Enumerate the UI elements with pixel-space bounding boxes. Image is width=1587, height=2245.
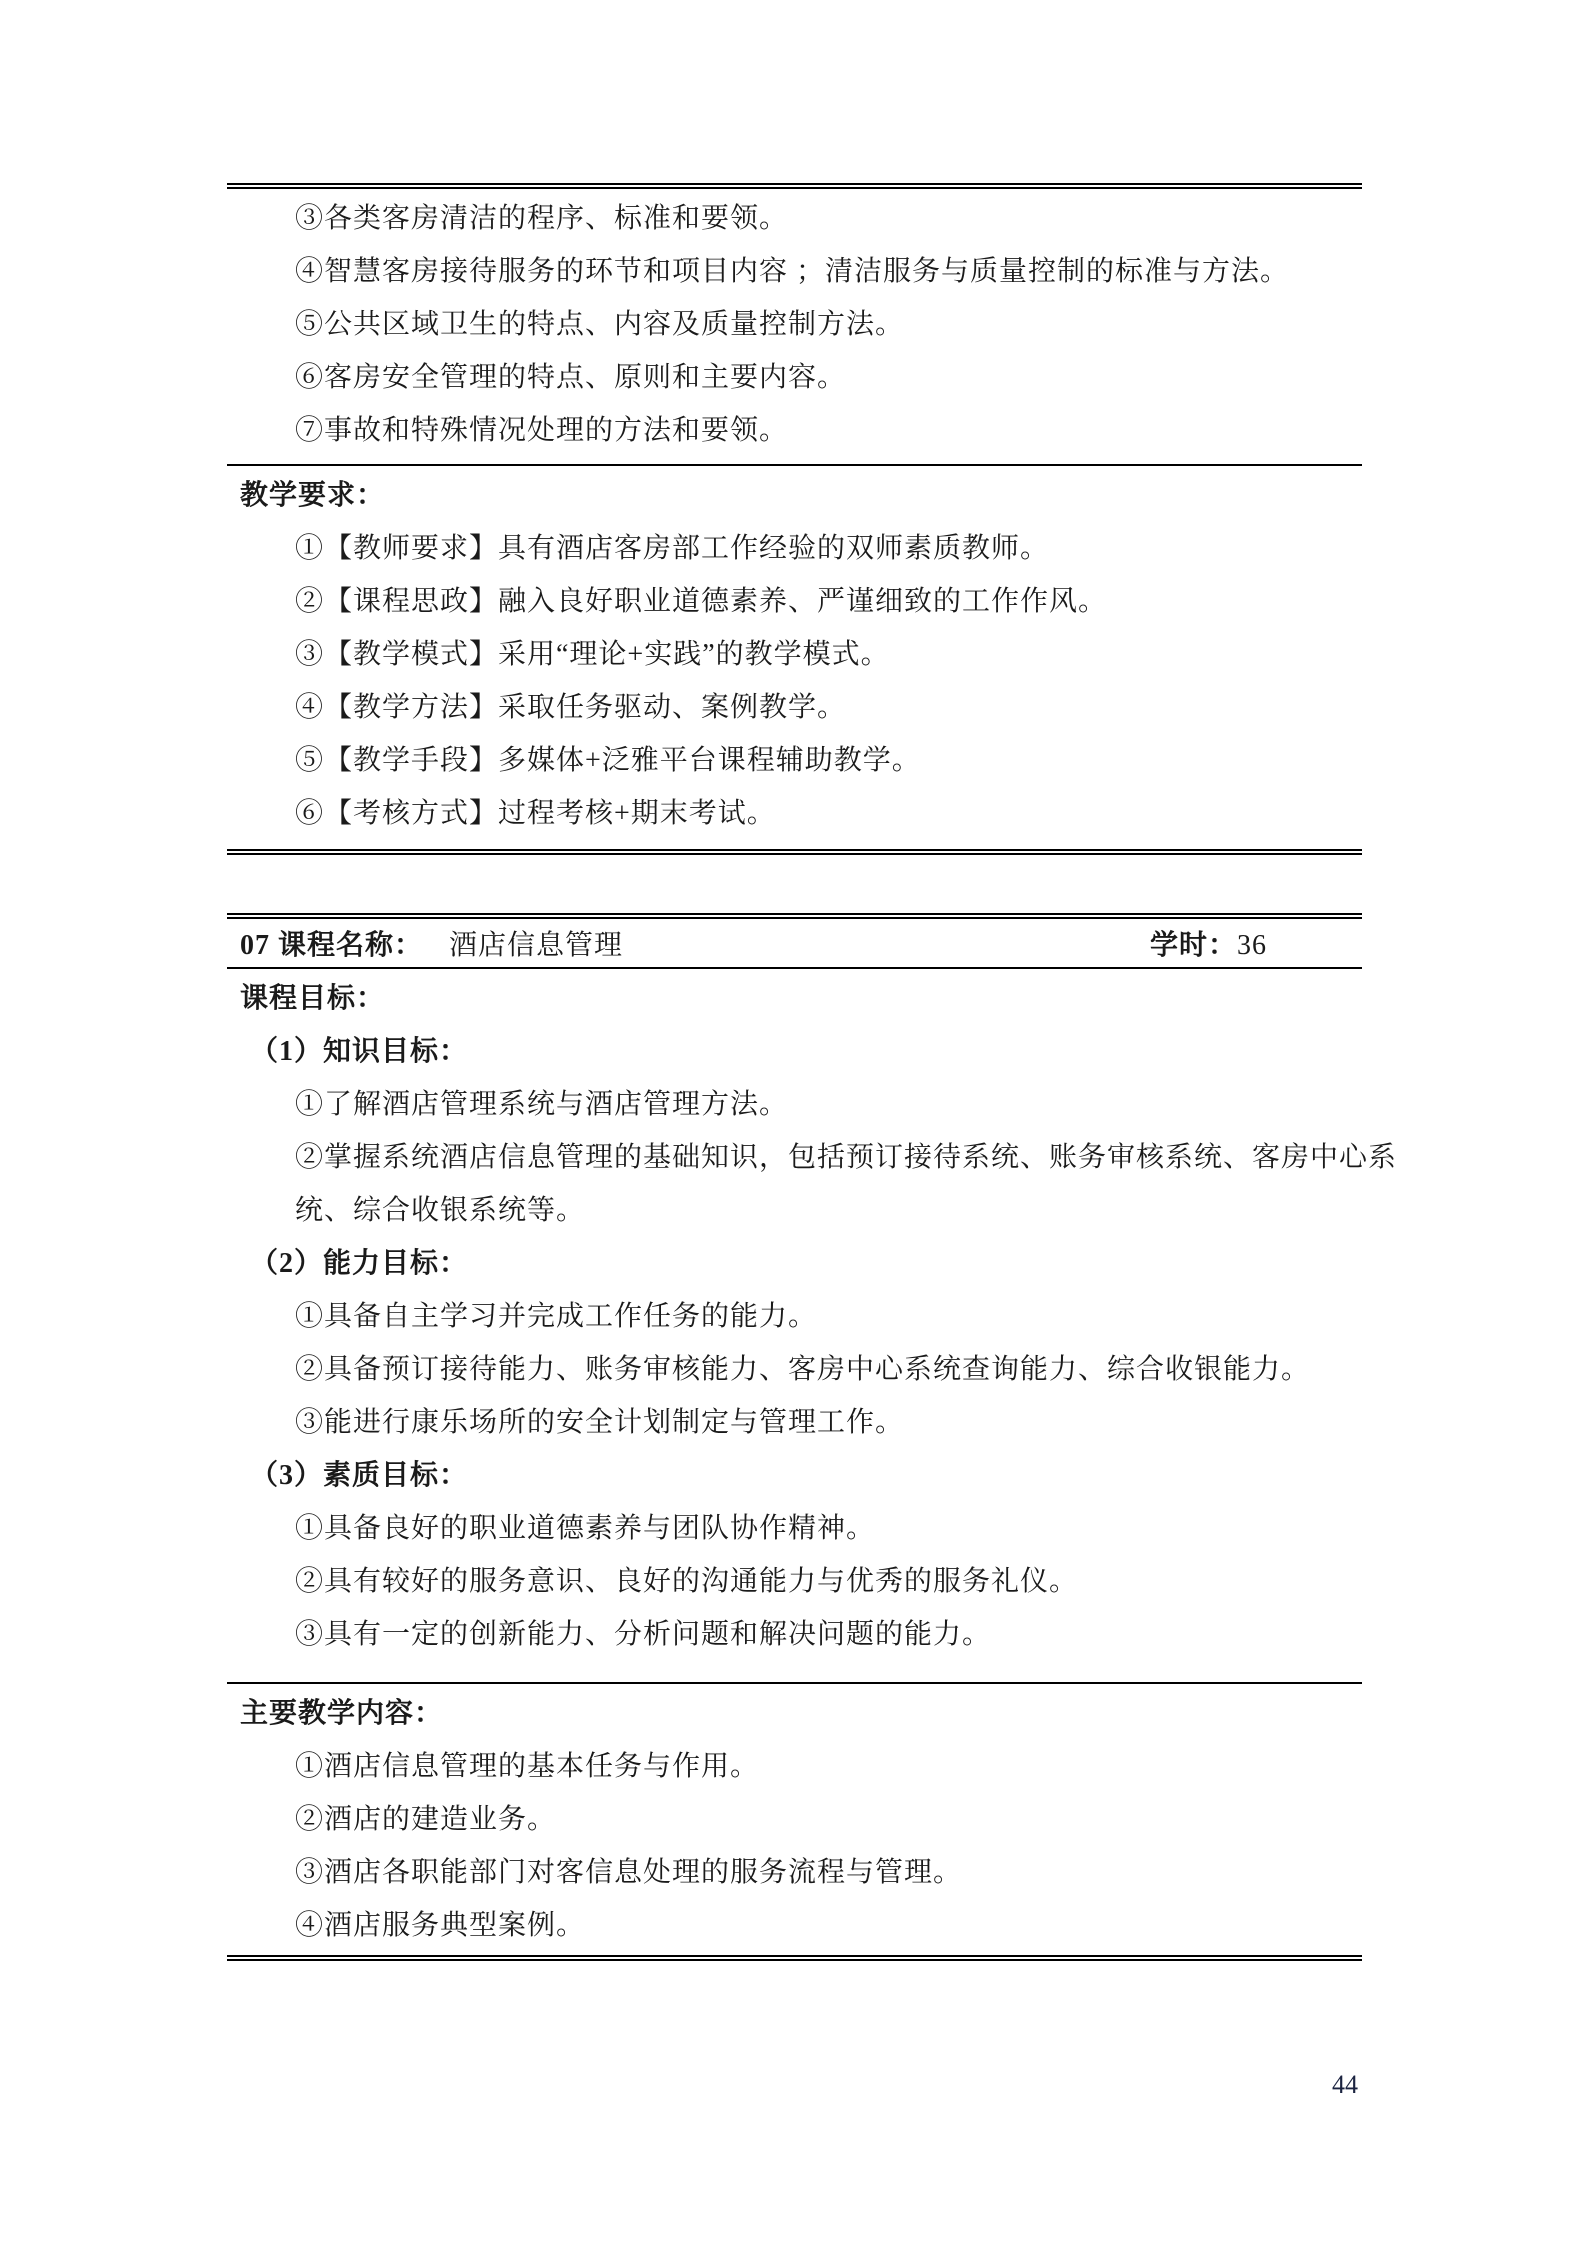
- page-number: 44: [1332, 2070, 1358, 2100]
- knowledge-objectives-heading: （1）知识目标：: [227, 1022, 1362, 1075]
- list-item: ①具备自主学习并完成工作任务的能力。: [227, 1287, 1362, 1340]
- list-item: ⑥【考核方式】过程考核+期末考试。: [227, 784, 1362, 837]
- list-item: ③具有一定的创新能力、分析问题和解决问题的能力。: [227, 1605, 1362, 1658]
- list-item: ④酒店服务典型案例。: [227, 1896, 1362, 1949]
- course-name: 酒店信息管理: [449, 923, 623, 963]
- list-item: ⑤公共区域卫生的特点、内容及质量控制方法。: [227, 295, 1362, 348]
- top-spacer: [227, 0, 1362, 183]
- list-item: ③能进行康乐场所的安全计划制定与管理工作。: [227, 1393, 1362, 1446]
- list-item-continuation: 统、综合收银系统等。: [227, 1181, 1362, 1234]
- list-item: ②掌握系统酒店信息管理的基础知识，包括预订接待系统、账务审核系统、客房中心系: [227, 1128, 1362, 1181]
- document-page: ③各类客房清洁的程序、标准和要领。 ④智慧客房接待服务的环节和项目内容 ；清洁服…: [0, 0, 1587, 2245]
- course-block-bottom-double-rule: [227, 1955, 1362, 1961]
- ability-objectives-heading: （2）能力目标：: [227, 1234, 1362, 1287]
- list-item: ①具备良好的职业道德素养与团队协作精神。: [227, 1499, 1362, 1552]
- course-hours: 学时：36: [1150, 923, 1267, 963]
- main-content-heading: 主要教学内容：: [227, 1684, 1362, 1737]
- list-item: ⑥客房安全管理的特点、原则和主要内容。: [227, 348, 1362, 401]
- hours-label: 学时：: [1150, 930, 1237, 961]
- list-item: ①了解酒店管理系统与酒店管理方法。: [227, 1075, 1362, 1128]
- list-item: ②酒店的建造业务。: [227, 1790, 1362, 1843]
- teaching-requirements-heading: 教学要求：: [227, 466, 1362, 519]
- list-item: ①酒店信息管理的基本任务与作用。: [227, 1737, 1362, 1790]
- hours-value: 36: [1237, 930, 1267, 961]
- list-item: ③【教学模式】采用“理论+实践”的教学模式。: [227, 625, 1362, 678]
- document-content: ③各类客房清洁的程序、标准和要领。 ④智慧客房接待服务的环节和项目内容 ；清洁服…: [227, 0, 1362, 1961]
- list-item: ⑦事故和特殊情况处理的方法和要领。: [227, 401, 1362, 454]
- course-title-row: 07 课程名称： 酒店信息管理 学时：36: [227, 919, 1362, 967]
- course-number-label: 07 课程名称：: [240, 923, 423, 963]
- list-item: ②【课程思政】融入良好职业道德素养、严谨细致的工作作风。: [227, 572, 1362, 625]
- list-item: ①【教师要求】具有酒店客房部工作经验的双师素质教师。: [227, 519, 1362, 572]
- list-item: ②具备预订接待能力、账务审核能力、客房中心系统查询能力、综合收银能力。: [227, 1340, 1362, 1393]
- list-item: ④智慧客房接待服务的环节和项目内容 ；清洁服务与质量控制的标准与方法。: [227, 242, 1362, 295]
- list-item: ③酒店各职能部门对客信息处理的服务流程与管理。: [227, 1843, 1362, 1896]
- list-item: ③各类客房清洁的程序、标准和要领。: [227, 189, 1362, 242]
- section-gap: [227, 855, 1362, 913]
- list-item: ④【教学方法】采取任务驱动、案例教学。: [227, 678, 1362, 731]
- list-item: ⑤【教学手段】多媒体+泛雅平台课程辅助教学。: [227, 731, 1362, 784]
- course-objectives-heading: 课程目标：: [227, 969, 1362, 1022]
- list-item: ②具有较好的服务意识、良好的沟通能力与优秀的服务礼仪。: [227, 1552, 1362, 1605]
- quality-objectives-heading: （3）素质目标：: [227, 1446, 1362, 1499]
